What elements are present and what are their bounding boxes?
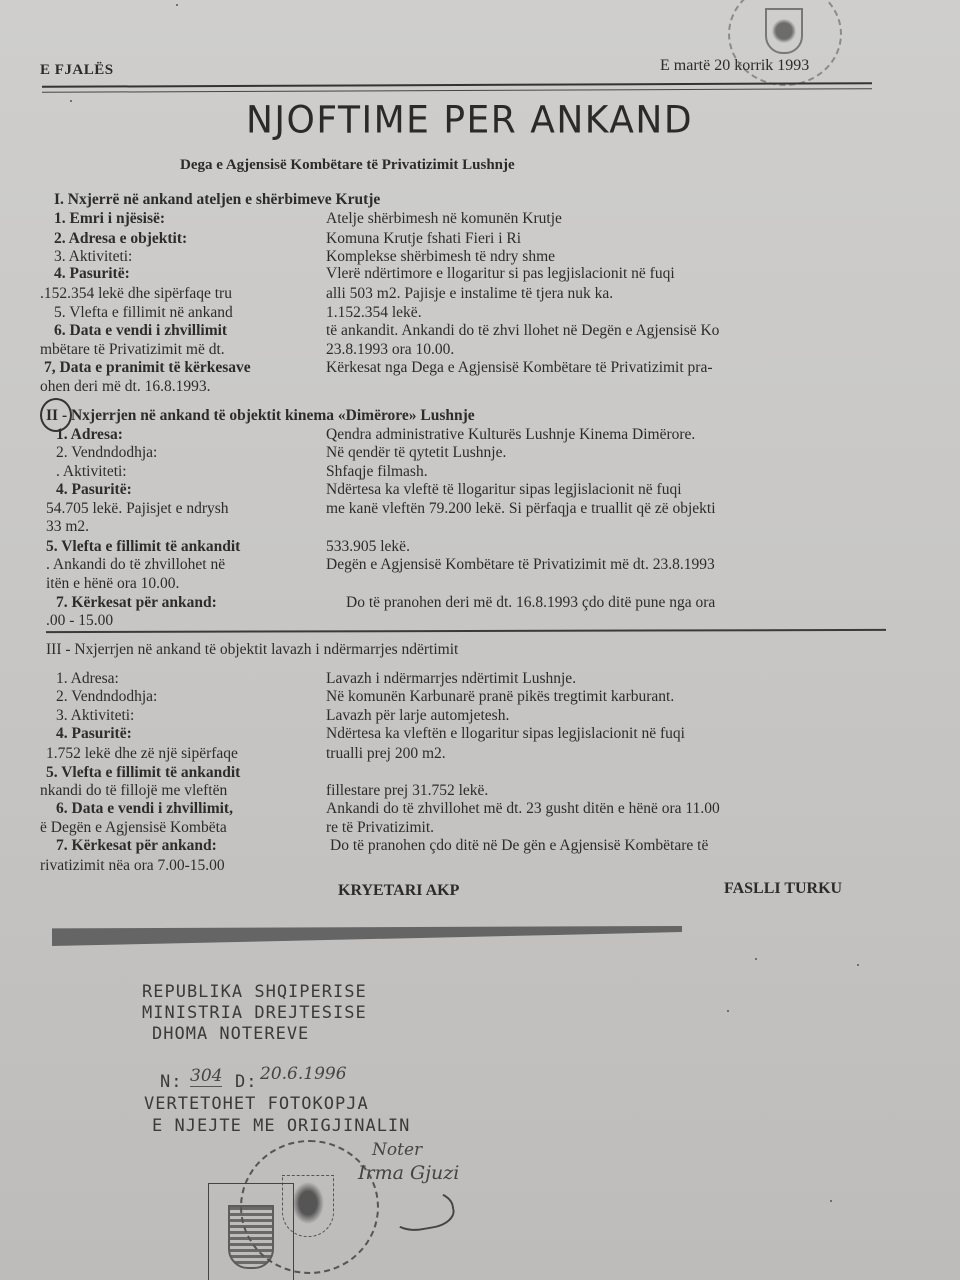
newspaper-name: E FJALËS bbox=[40, 62, 114, 79]
row-label: .152.354 lekë dhe sipërfaqe tru bbox=[40, 284, 232, 303]
section-heading: III - Nxjerrjen në ankand të objektit la… bbox=[46, 640, 458, 659]
row-value: fillestare prej 31.752 lekë. bbox=[326, 781, 488, 800]
row-label: ë Degën e Agjensisë Kombëta bbox=[40, 818, 227, 837]
row-value: të ankandit. Ankandi do të zhvi llohet n… bbox=[326, 321, 719, 340]
row-value: me kanë vleftën 79.200 lekë. Si përfaqja… bbox=[326, 499, 716, 518]
notary-number-value: 304 bbox=[190, 1066, 222, 1087]
row-label: 7. Kërkesat për ankand: bbox=[56, 593, 217, 612]
row-label: . Ankandi do të zhvillohet në bbox=[46, 555, 225, 574]
handwritten-name: Irma Gjuzi bbox=[358, 1162, 459, 1184]
row-label: . Aktiviteti: bbox=[56, 462, 127, 481]
row-label: nkandi do të fillojë me vleftën bbox=[40, 781, 227, 800]
notary-line-chamber: DHOMA NOTEREVE bbox=[152, 1024, 309, 1044]
row-value: Ankandi do të zhvillohet më dt. 23 gusht… bbox=[326, 799, 720, 818]
row-label: 5. Vlefta e fillimit të ankandit bbox=[46, 763, 240, 782]
row-label: 2. Vendndodhja: bbox=[56, 443, 157, 462]
row-label: 2. Vendndodhja: bbox=[56, 687, 157, 706]
coat-of-arms-icon bbox=[765, 8, 803, 54]
row-value: 533.905 lekë. bbox=[326, 537, 410, 556]
row-value: Ndërtesa ka vleftën e llogaritur sipas l… bbox=[326, 724, 685, 743]
notary-date-value: 20.6.1996 bbox=[260, 1064, 347, 1084]
row-value: 23.8.1993 ora 10.00. bbox=[326, 340, 454, 359]
row-label: 7, Data e pranimit të kërkesave bbox=[44, 358, 251, 377]
row-value: Degën e Agjensisë Kombëtare të Privatizi… bbox=[326, 555, 715, 574]
notary-line-certified: VERTETOHET FOTOKOPJA bbox=[144, 1094, 369, 1114]
row-value: Do të pranohen deri më dt. 16.8.1993 çdo… bbox=[346, 593, 715, 612]
section-divider bbox=[46, 629, 886, 633]
row-label: 1. Adresa: bbox=[56, 425, 123, 444]
scan-speck bbox=[857, 964, 859, 966]
notary-line-original: E NJEJTE ME ORIGJINALIN bbox=[152, 1116, 410, 1136]
row-value: Qendra administrative Kulturës Lushnje K… bbox=[326, 425, 695, 444]
row-label: 1.752 lekë dhe zë një sipërfaqe bbox=[46, 744, 238, 763]
issue-date: E martë 20 korrik 1993 bbox=[660, 57, 809, 75]
row-value: Shfaqje filmash. bbox=[326, 462, 428, 481]
signature-scribble bbox=[387, 1185, 457, 1236]
row-label: 6. Data e vendi i zhvillimit, bbox=[56, 799, 233, 818]
row-label: .00 - 15.00 bbox=[46, 611, 113, 630]
stamp-frame bbox=[208, 1183, 294, 1280]
scan-speck bbox=[70, 100, 72, 102]
scan-speck bbox=[830, 1200, 832, 1202]
row-label: 3. Aktiviteti: bbox=[56, 706, 134, 725]
row-label: 4. Pasuritë: bbox=[56, 724, 132, 743]
row-value: Lavazh për larje automjetesh. bbox=[326, 706, 509, 725]
row-label: 7. Kërkesat për ankand: bbox=[56, 836, 217, 855]
scan-speck bbox=[755, 958, 757, 960]
row-value: Atelje shërbimesh në komunën Krutje bbox=[326, 209, 562, 228]
row-label: 33 m2. bbox=[46, 517, 89, 536]
row-value: re të Privatizimit. bbox=[326, 818, 434, 837]
row-label: 6. Data e vendi i zhvillimit bbox=[54, 321, 227, 340]
scan-speck bbox=[176, 4, 178, 6]
row-label: itën e hënë ora 10.00. bbox=[46, 574, 179, 593]
page-subtitle: Dega e Agjensisë Kombëtare të Privatizim… bbox=[180, 157, 515, 174]
row-label: rivatizimit nëa ora 7.00-15.00 bbox=[40, 856, 225, 875]
scan-speck bbox=[727, 1010, 729, 1012]
section-heading: I. Nxjerrë në ankand ateljen e shërbimev… bbox=[54, 190, 380, 209]
row-value: alli 503 m2. Pajisje e instalime të tjer… bbox=[326, 284, 613, 303]
section-heading: II - Nxjerrjen në ankand të objektit kin… bbox=[46, 406, 475, 425]
row-value: Kërkesat nga Dega e Agjensisë Kombëtare … bbox=[326, 358, 713, 377]
notary-number-label: N: bbox=[160, 1072, 182, 1092]
row-value: Në qendër të qytetit Lushnje. bbox=[326, 443, 506, 462]
row-label: 1. Emri i njësisë: bbox=[54, 209, 165, 228]
row-value: Lavazh i ndërmarrjes ndërtimit Lushnje. bbox=[326, 669, 576, 688]
row-label: 5. Vlefta e fillimit të ankandit bbox=[46, 537, 240, 556]
row-label: 4. Pasuritë: bbox=[54, 264, 130, 283]
handwritten-title: Noter bbox=[372, 1140, 422, 1160]
footer-rule bbox=[52, 926, 682, 946]
row-value: Komuna Krutje fshati Fieri i Ri bbox=[326, 229, 521, 248]
row-value: Në komunën Karbunarë pranë pikës tregtim… bbox=[326, 687, 674, 706]
row-value: trualli prej 200 m2. bbox=[326, 744, 446, 763]
row-value: Vlerë ndërtimore e llogaritur si pas leg… bbox=[326, 264, 675, 283]
row-value: Do të pranohen çdo ditë në De gën e Agje… bbox=[330, 836, 708, 855]
row-value: 1.152.354 lekë. bbox=[326, 303, 422, 322]
page-title: NJOFTIME PER ANKAND bbox=[246, 99, 693, 142]
notary-date-label: D: bbox=[235, 1072, 257, 1092]
masthead-rule bbox=[42, 82, 872, 93]
notary-line-ministry: MINISTRIA DREJTESISE bbox=[142, 1003, 367, 1023]
scanned-document: E FJALËS E martë 20 korrik 1993 NJOFTIME… bbox=[0, 0, 960, 1280]
row-label: mbëtare të Privatizimit më dt. bbox=[40, 340, 225, 359]
row-label: ohen deri më dt. 16.8.1993. bbox=[40, 377, 210, 396]
row-label: 5. Vlefta e fillimit në ankand bbox=[54, 303, 233, 322]
row-label: 2. Adresa e objektit: bbox=[54, 229, 187, 248]
row-label: 4. Pasuritë: bbox=[56, 480, 132, 499]
signatory-name: FASLLI TURKU bbox=[724, 880, 842, 898]
row-label: 1. Adresa: bbox=[56, 669, 119, 688]
row-label: 54.705 lekë. Pajisjet e ndrysh bbox=[46, 499, 229, 518]
signatory-role: KRYETARI AKP bbox=[338, 882, 459, 900]
notary-line-republic: REPUBLIKA SHQIPERISE bbox=[142, 982, 367, 1002]
row-value: Ndërtesa ka vleftë të llogaritur sipas l… bbox=[326, 480, 682, 499]
